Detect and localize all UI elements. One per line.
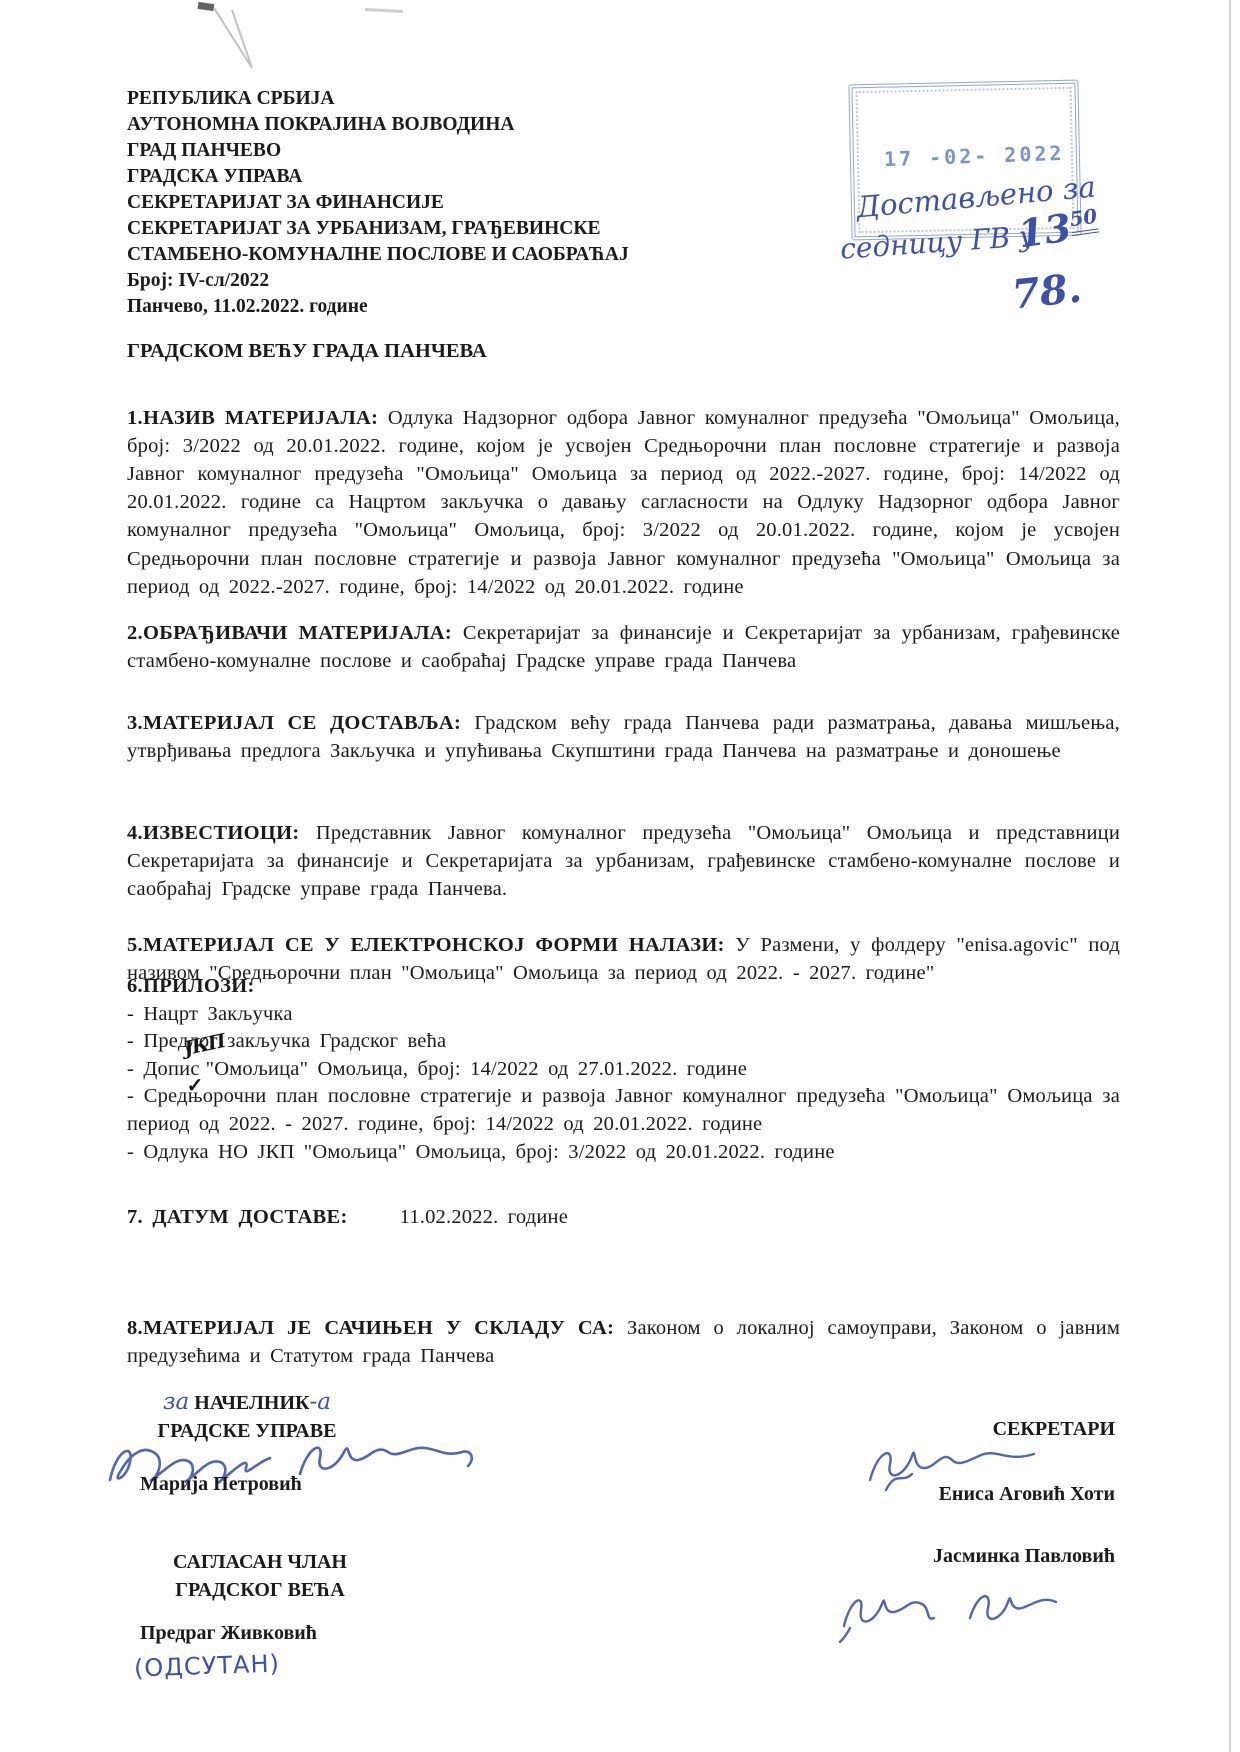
section-4-izvestioci: 4.ИЗВЕСТИОЦИ: Представник Јавног комунал…	[127, 819, 1120, 904]
attachments-heading: 6.ПРИЛОЗИ:	[127, 975, 255, 997]
section-6-label: 6.ПРИЛОЗИ:	[127, 973, 1120, 1001]
letterhead-line: СЕКРЕТАРИЈАТ ЗА ФИНАНСИЈЕ	[127, 190, 827, 216]
signature-jasminka-pavlovic	[830, 1578, 1070, 1643]
section-8-label: 8.МАТЕРИЈАЛ ЈЕ САЧИЊЕН У СКЛАДУ СА:	[127, 1317, 614, 1339]
letterhead-line: ГРАДСКА УПРАВА	[127, 164, 827, 190]
saglasan-clan-line: САГЛАСАН ЧЛАН	[150, 1548, 370, 1576]
section-7-value: 11.02.2022. године	[400, 1206, 568, 1228]
document-place-date: Панчево, 11.02.2022. године	[127, 294, 827, 320]
section-6-prilozi: 6.ПРИЛОЗИ: - Нацрт Закључка - Предлог за…	[127, 973, 1120, 1166]
section-1-text: Одлука Надзорног одбора Јавног комунално…	[127, 407, 1120, 598]
scan-edge-line	[1229, 0, 1231, 1752]
attachment-item: - Одлука НО ЈКП "Омољица" Омољица, број:…	[127, 1139, 1120, 1167]
name-predrag-zivkovic: Предраг Живковић	[140, 1622, 317, 1645]
attachment-item: - Нацрт Закључка	[127, 1001, 1120, 1029]
letterhead-line: АУТОНОМНА ПОКРАЈИНА ВОЈВОДИНА	[127, 112, 827, 138]
document-number: Број: IV-сл/2022	[127, 268, 827, 294]
section-5-label: 5.МАТЕРИЈАЛ СЕ У ЕЛЕКТРОНСКОЈ ФОРМИ НАЛА…	[127, 934, 725, 956]
section-7-datum-dostave: 7. ДАТУМ ДОСТАВЕ:11.02.2022. године	[127, 1203, 1120, 1231]
nacelnik-title-line: за НАЧЕЛНИК-а	[127, 1388, 367, 1417]
letterhead-line: СТАМБЕНО-КОМУНАЛНЕ ПОСЛОВЕ И САОБРАЋАЈ	[127, 242, 827, 268]
stamp-handwriting-number: 78.	[1010, 264, 1084, 318]
section-1-naziv-materijala: 1.НАЗИВ МАТЕРИЈАЛА: Одлука Надзорног одб…	[127, 404, 1120, 601]
letterhead-line: ГРАД ПАНЧЕВО	[127, 138, 827, 164]
letterhead-line: СЕКРЕТАРИЈАТ ЗА УРБАНИЗАМ, ГРАЂЕВИНСКЕ	[127, 216, 827, 242]
attachment-item: - Предлог закључка Градског већа	[127, 1028, 1120, 1056]
letterhead: РЕПУБЛИКА СРБИЈА АУТОНОМНА ПОКРАЈИНА ВОЈ…	[127, 86, 827, 320]
attachment-item-dopis: - ДописЈКП✓"Омољица" Омољица, број: 14/2…	[127, 1056, 1120, 1084]
gradskog-veca-line: ГРАДСКОГ ВЕЋА	[150, 1576, 370, 1604]
stamp-handwriting-time: 1350	[1015, 201, 1101, 257]
section-7-label: 7. ДАТУМ ДОСТАВЕ:	[127, 1206, 348, 1228]
consent-member-titles: САГЛАСАН ЧЛАН ГРАДСКОГ ВЕЋА	[150, 1548, 370, 1604]
attachment-item: - Средњорочни план пословне стратегије и…	[127, 1083, 1120, 1138]
handwritten-za: за	[163, 1389, 189, 1415]
section-1-label: 1.НАЗИВ МАТЕРИЈАЛА:	[127, 407, 378, 429]
insertion-caret-mark: ✓	[187, 1073, 204, 1101]
section-3-label: 3.МАТЕРИЈАЛ СЕ ДОСТАВЉА:	[127, 712, 461, 734]
letterhead-line: РЕПУБЛИКА СРБИЈА	[127, 86, 827, 112]
section-4-label: 4.ИЗВЕСТИОЦИ:	[127, 822, 299, 844]
scanned-document-page: РЕПУБЛИКА СРБИЈА АУТОНОМНА ПОКРАЈИНА ВОЈ…	[0, 0, 1240, 1752]
handwritten-suffix-a: -а	[310, 1389, 331, 1415]
section-2-label: 2.ОБРАЂИВАЧИ МАТЕРИЈАЛА:	[127, 622, 452, 644]
addressee-title: ГРАДСКОМ ВЕЋУ ГРАДА ПАНЧЕВА	[127, 340, 487, 363]
section-8-sacinjen-u-skladu: 8.МАТЕРИЈАЛ ЈЕ САЧИЊЕН У СКЛАДУ СА: Зако…	[127, 1314, 1120, 1370]
handwritten-odsutan-note: (ОДСУТАН)	[134, 1649, 281, 1682]
nacelnik-title: НАЧЕЛНИК	[194, 1392, 309, 1414]
name-jasminka-pavlovic: Јасминка Павловић	[825, 1545, 1115, 1568]
stamp-time-minutes: 50	[1068, 204, 1099, 237]
section-2-obradjivaci: 2.ОБРАЂИВАЧИ МАТЕРИЈАЛА: Секретаријат за…	[127, 619, 1120, 675]
name-enisa-agovic-hoti: Ениса Аговић Хоти	[825, 1483, 1115, 1506]
name-marija-petrovic: Марија Петровић	[140, 1473, 302, 1496]
section-3-dostavlja: 3.МАТЕРИЈАЛ СЕ ДОСТАВЉА: Градском већу г…	[127, 709, 1120, 765]
dopis-rest: "Омољица" Омољица, број: 14/2022 од 27.0…	[206, 1058, 747, 1080]
scan-scratch-artifact	[180, 0, 480, 90]
stamp-time-hours: 13	[1015, 204, 1074, 256]
